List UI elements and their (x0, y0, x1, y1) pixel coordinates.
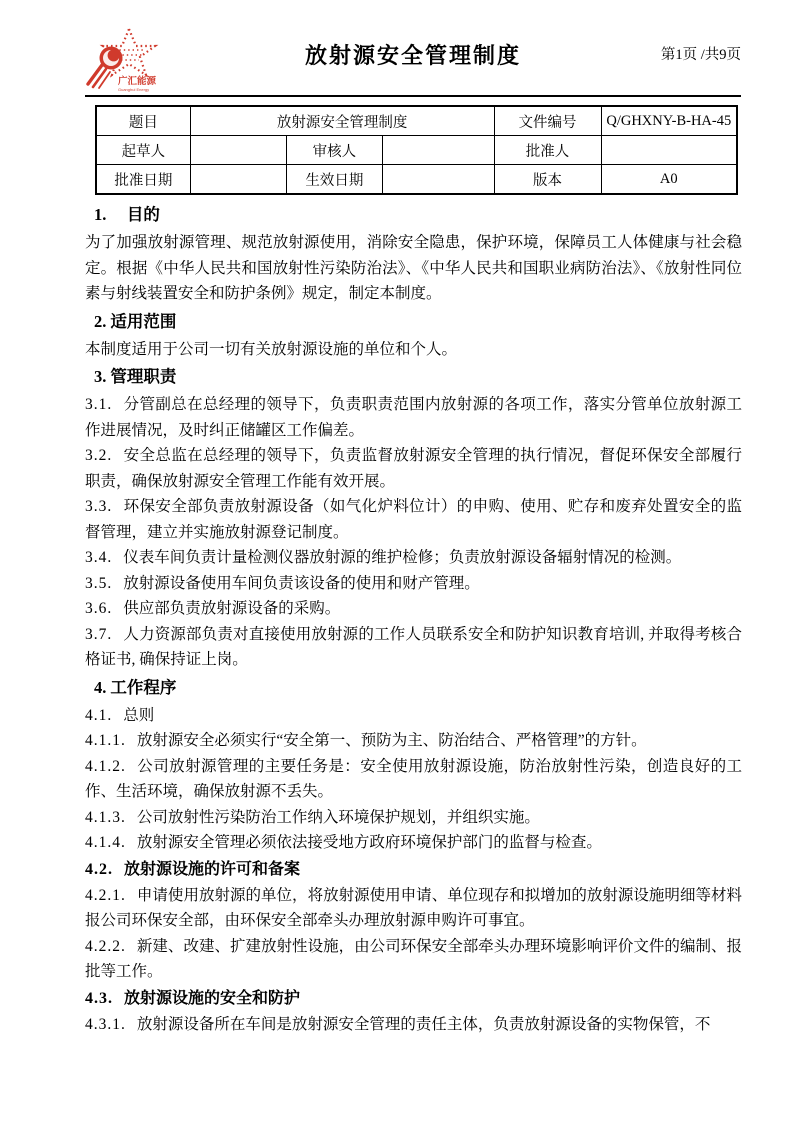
section-number: 1. (94, 205, 123, 224)
section-number: 4.1.2. (85, 758, 126, 775)
paragraph: 4.1.4.放射源安全管理必须依法接受地方政府环境保护部门的监督与检查。 (85, 830, 742, 856)
text-run: 供应部负责放射源设备的采购。 (123, 600, 340, 617)
section-number: 4.1. (85, 707, 112, 724)
section-number: 4.1.4. (85, 834, 126, 851)
text-run: 管理职责 (110, 368, 176, 386)
section-number: 3. (94, 367, 106, 386)
table-label-cell: 文件编号 (494, 106, 601, 136)
text-run: 总则 (123, 707, 154, 724)
paragraph: 4.1.总则 (85, 703, 742, 729)
company-logo: 广汇能源 Guanghui Energy (85, 26, 165, 94)
text-run: 适用范围 (110, 313, 176, 331)
paragraph: 4.2.1.申请使用放射源的单位，将放射源使用申请、单位现存和拟增加的放射源设施… (85, 883, 742, 934)
paragraph: 4.1.1.放射源安全必须实行“安全第一、预防为主、防治结合、严格管理”的方针。 (85, 728, 742, 754)
logo-name-en: Guanghui Energy (118, 87, 149, 92)
paragraph: 3.5.放射源设备使用车间负责该设备的使用和财产管理。 (85, 571, 742, 597)
paragraph: 4.3.1.放射源设备所在车间是放射源安全管理的责任主体，负责放射源设备的实物保… (85, 1012, 742, 1038)
text-run: 仪表车间负责计量检测仪器放射源的维护检修；负责放射源设备辐射情况的检测。 (123, 549, 681, 566)
table-label-cell: 批准人 (494, 136, 601, 165)
paragraph: 本制度适用于公司一切有关放射源设施的单位和个人。 (85, 337, 742, 363)
comet-star-logo-icon: 广汇能源 Guanghui Energy (85, 26, 165, 94)
table-label-cell: 审核人 (286, 136, 382, 165)
page-number-indicator: 第1页 /共9页 (637, 43, 741, 64)
info-table-row: 题目放射源安全管理制度文件编号Q/GHXNY-B-HA-45 (96, 106, 737, 136)
document-page: 广汇能源 Guanghui Energy 放射源安全管理制度 第1页 /共9页 … (0, 0, 793, 1122)
section-number: 3.1. (85, 396, 112, 413)
paragraph: 3.6.供应部负责放射源设备的采购。 (85, 596, 742, 622)
section-heading: 4.工作程序 (85, 673, 742, 703)
paragraph: 3.4.仪表车间负责计量检测仪器放射源的维护检修；负责放射源设备辐射情况的检测。 (85, 545, 742, 571)
text-run: 人力资源部负责对直接使用放射源的工作人员联系安全和防护知识教育培训, 并取得考核… (85, 626, 742, 669)
table-value-cell (383, 165, 495, 195)
section-heading: 1. 目的 (85, 200, 742, 230)
section-number: 4.2. (85, 861, 113, 878)
text-run: 为了加强放射源管理、规范放射源使用，消除安全隐患，保护环境，保障员工人体健康与社… (85, 234, 742, 302)
table-label-cell: 版本 (494, 165, 601, 195)
section-number: 3.5. (85, 575, 112, 592)
text-run: 公司放射源管理的主要任务是：安全使用放射源设施，防治放射性污染，创造良好的工作、… (85, 758, 742, 801)
section-number: 4.2.1. (85, 887, 126, 904)
text-run: 放射源安全必须实行“安全第一、预防为主、防治结合、严格管理”的方针。 (137, 732, 647, 749)
table-value-cell (601, 136, 737, 165)
section-number: 3.3. (85, 498, 112, 515)
table-label-cell: 题目 (96, 106, 190, 136)
section-number: 2. (94, 312, 106, 331)
table-label-cell: 生效日期 (286, 165, 382, 195)
info-table-row: 批准日期生效日期版本A0 (96, 165, 737, 195)
section-heading: 4.3.放射源设施的安全和防护 (85, 985, 742, 1012)
text-run: 目的 (127, 206, 160, 224)
table-label-cell: 起草人 (96, 136, 190, 165)
logo-name-cn: 广汇能源 (117, 75, 157, 87)
paragraph: 4.2.2.新建、改建、扩建放射性设施，由公司环保安全部牵头办理环境影响评价文件… (85, 934, 742, 985)
page-header: 广汇能源 Guanghui Energy 放射源安全管理制度 第1页 /共9页 (85, 22, 741, 97)
text-run: 放射源设备使用车间负责该设备的使用和财产管理。 (123, 575, 480, 592)
section-number: 4.2.2. (85, 938, 126, 955)
paragraph: 3.2.安全总监在总经理的领导下，负责监督放射源安全管理的执行情况，督促环保安全… (85, 443, 742, 494)
table-value-cell: 放射源安全管理制度 (190, 106, 494, 136)
document-body: 1. 目的为了加强放射源管理、规范放射源使用，消除安全隐患，保护环境，保障员工人… (85, 200, 742, 1037)
table-value-cell: Q/GHXNY-B-HA-45 (601, 106, 737, 136)
text-run: 安全总监在总经理的领导下，负责监督放射源安全管理的执行情况，督促环保安全部履行职… (85, 447, 742, 490)
section-heading: 2.适用范围 (85, 307, 742, 337)
text-run: 新建、改建、扩建放射性设施，由公司环保安全部牵头办理环境影响评价文件的编制、报批… (85, 938, 742, 981)
section-number: 4.1.1. (85, 732, 126, 749)
section-number: 4.3.1. (85, 1016, 126, 1033)
paragraph: 4.1.3.公司放射性污染防治工作纳入环境保护规划，并组织实施。 (85, 805, 742, 831)
section-number: 3.7. (85, 626, 112, 643)
paragraph: 为了加强放射源管理、规范放射源使用，消除安全隐患，保护环境，保障员工人体健康与社… (85, 230, 742, 307)
paragraph: 3.7.人力资源部负责对直接使用放射源的工作人员联系安全和防护知识教育培训, 并… (85, 622, 742, 673)
text-run: 放射源安全管理必须依法接受地方政府环境保护部门的监督与检查。 (137, 834, 602, 851)
text-run: 放射源设施的许可和备案 (124, 861, 300, 878)
section-number: 3.6. (85, 600, 112, 617)
table-value-cell: A0 (601, 165, 737, 195)
paragraph: 3.1.分管副总在总经理的领导下，负责职责范围内放射源的各项工作，落实分管单位放… (85, 392, 742, 443)
text-run: 放射源设施的安全和防护 (124, 990, 300, 1007)
section-heading: 4.2.放射源设施的许可和备案 (85, 856, 742, 883)
info-table-body: 题目放射源安全管理制度文件编号Q/GHXNY-B-HA-45起草人审核人批准人批… (96, 106, 737, 194)
text-run: 公司放射性污染防治工作纳入环境保护规划，并组织实施。 (137, 809, 540, 826)
section-heading: 3.管理职责 (85, 362, 742, 392)
table-value-cell (190, 136, 286, 165)
info-table-row: 起草人审核人批准人 (96, 136, 737, 165)
table-value-cell (383, 136, 495, 165)
table-value-cell (190, 165, 286, 195)
section-number: 4.3. (85, 990, 113, 1007)
text-run: 申请使用放射源的单位，将放射源使用申请、单位现存和拟增加的放射源设施明细等材料报… (85, 887, 742, 930)
page-title: 放射源安全管理制度 (165, 39, 637, 70)
section-number: 3.2. (85, 447, 112, 464)
text-run: 放射源设备所在车间是放射源安全管理的责任主体，负责放射源设备的实物保管，不 (137, 1016, 711, 1033)
text-run: 本制度适用于公司一切有关放射源设施的单位和个人。 (85, 341, 457, 358)
text-run: 环保安全部负责放射源设备（如气化炉料位计）的申购、使用、贮存和废弃处置安全的监督… (85, 498, 742, 541)
section-number: 4.1.3. (85, 809, 126, 826)
paragraph: 4.1.2.公司放射源管理的主要任务是：安全使用放射源设施，防治放射性污染，创造… (85, 754, 742, 805)
text-run: 工作程序 (110, 679, 176, 697)
section-number: 4. (94, 678, 106, 697)
info-table: 题目放射源安全管理制度文件编号Q/GHXNY-B-HA-45起草人审核人批准人批… (95, 105, 738, 195)
section-number: 3.4. (85, 549, 112, 566)
text-run: 分管副总在总经理的领导下，负责职责范围内放射源的各项工作，落实分管单位放射源工作… (85, 396, 742, 439)
paragraph: 3.3.环保安全部负责放射源设备（如气化炉料位计）的申购、使用、贮存和废弃处置安… (85, 494, 742, 545)
table-label-cell: 批准日期 (96, 165, 190, 195)
